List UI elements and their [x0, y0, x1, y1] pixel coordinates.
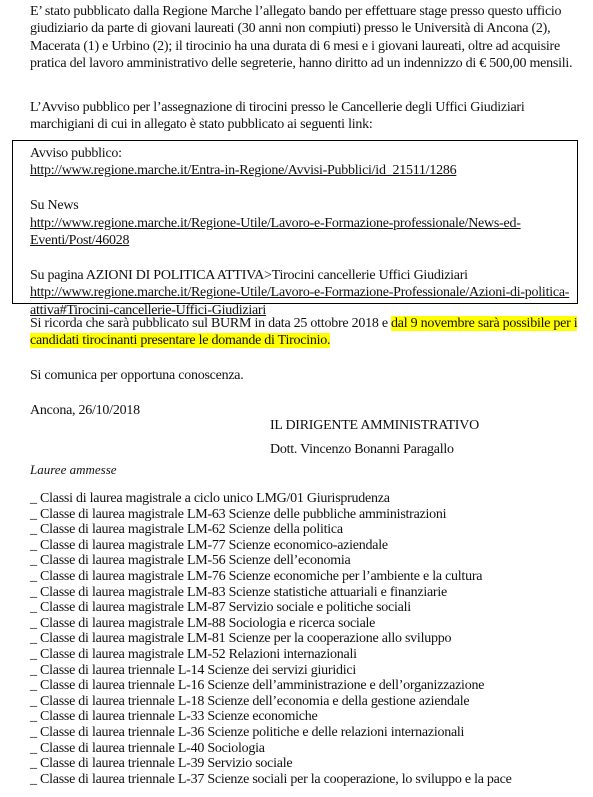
link-label-news: Su News — [30, 197, 575, 214]
reminder-paragraph: Si ricorda che sarà pubblicato sul BURM … — [30, 315, 590, 350]
laurea-item: _ Classe di laurea triennale L-40 Sociol… — [30, 741, 512, 757]
laurea-item: _ Classe di laurea magistrale LM-56 Scie… — [30, 553, 512, 569]
laurea-item: _ Classe di laurea magistrale LM-52 Rela… — [30, 647, 512, 663]
link-label-avviso: Avviso pubblico: — [30, 145, 575, 162]
signature-name: Dott. Vincenzo Bonanni Paragallo — [270, 442, 454, 458]
laurea-item: _ Classe di laurea triennale L-33 Scienz… — [30, 709, 512, 725]
comunica-text: Si comunica per opportuna conoscenza. — [30, 367, 590, 384]
laurea-item: _ Classe di laurea magistrale LM-88 Soci… — [30, 616, 512, 632]
laurea-item: _ Classe di laurea triennale L-37 Scienz… — [30, 772, 512, 788]
laurea-item: _ Classe di laurea triennale L-39 Serviz… — [30, 756, 512, 772]
laurea-item: _ Classe di laurea triennale L-14 Scienz… — [30, 663, 512, 679]
laurea-item: _ Classe di laurea magistrale LM-77 Scie… — [30, 538, 512, 554]
lauree-list: _ Classi di laurea magistrale a ciclo un… — [30, 491, 512, 787]
intro-paragraph: E’ stato pubblicato dalla Regione Marche… — [30, 3, 590, 73]
document-page: E’ stato pubblicato dalla Regione Marche… — [0, 0, 593, 797]
reminder-text: Si ricorda che sarà pubblicato sul BURM … — [30, 316, 391, 331]
place-date: Ancona, 26/10/2018 — [30, 402, 590, 419]
laurea-item: _ Classe di laurea magistrale LM-63 Scie… — [30, 507, 512, 523]
laurea-item: _ Classe di laurea magistrale LM-81 Scie… — [30, 631, 512, 647]
laurea-item: _ Classe di laurea triennale L-18 Scienz… — [30, 694, 512, 710]
link-label-azioni: Su pagina AZIONI DI POLITICA ATTIVA>Tiro… — [30, 267, 575, 284]
laurea-item: _ Classe di laurea magistrale LM-62 Scie… — [30, 522, 512, 538]
laurea-item: _ Classe di laurea magistrale LM-87 Serv… — [30, 600, 512, 616]
laurea-item: _ Classe di laurea triennale L-36 Scienz… — [30, 725, 512, 741]
laurea-item: _ Classe di laurea triennale L-16 Scienz… — [30, 678, 512, 694]
link-avviso-pubblico[interactable]: http://www.regione.marche.it/Entra-in-Re… — [30, 163, 456, 178]
links-box: Avviso pubblico: http://www.regione.marc… — [12, 140, 578, 304]
laurea-item: _ Classi di laurea magistrale a ciclo un… — [30, 491, 512, 507]
laurea-item: _ Classe di laurea magistrale LM-83 Scie… — [30, 585, 512, 601]
laurea-item: _ Classe di laurea magistrale LM-76 Scie… — [30, 569, 512, 585]
lauree-title: Lauree ammesse — [30, 462, 117, 478]
link-news[interactable]: http://www.regione.marche.it/Regione-Uti… — [30, 216, 521, 248]
avviso-paragraph: L’Avviso pubblico per l’assegnazione di … — [30, 99, 590, 134]
link-azioni-politica-attiva[interactable]: http://www.regione.marche.it/Regione-Uti… — [30, 285, 569, 317]
signature-title: IL DIRIGENTE AMMINISTRATIVO — [270, 418, 479, 434]
